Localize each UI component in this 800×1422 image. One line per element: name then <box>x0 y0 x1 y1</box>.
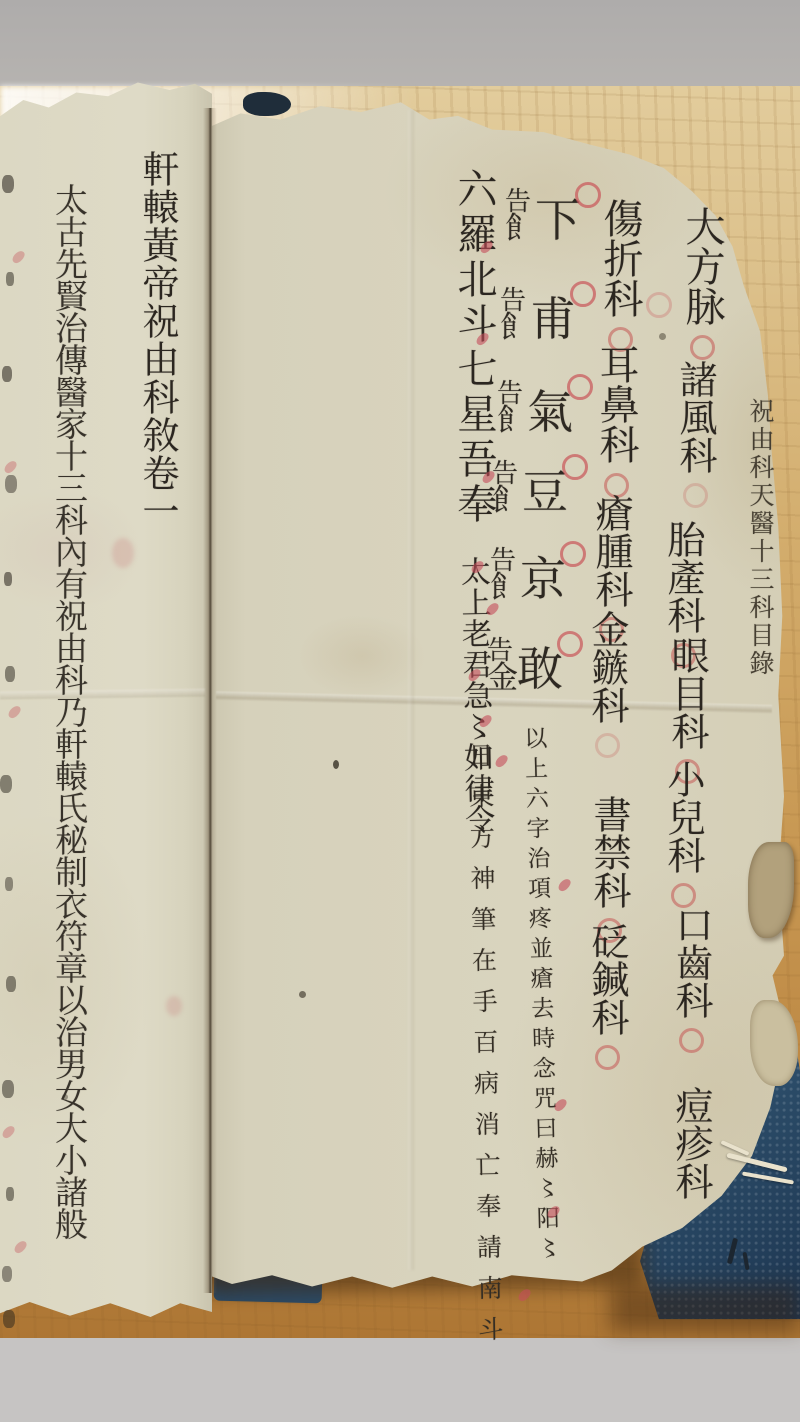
talisman-glyph: 告飠 氣 <box>497 376 573 442</box>
subject-label: 砭鍼科 <box>585 922 629 1036</box>
subject-label: 眼目科 <box>665 636 709 750</box>
subject-label: 瘡腫科 <box>589 494 633 608</box>
red-circle-mark <box>683 483 708 508</box>
red-circle-mark <box>560 541 586 567</box>
subject-label: 諸風科 <box>673 360 717 474</box>
ink-speck <box>299 991 306 998</box>
talisman-component: 飠 <box>490 574 521 603</box>
subject-item: 傷折科 <box>600 198 640 352</box>
manuscript-photo: 祝由科天醫十三科目錄 大方脉 諸風科 胎產科 眼目科 小兒科 口齒科 痘疹科 傷… <box>0 0 800 1422</box>
ink-speck <box>333 760 339 769</box>
subject-item: 大方脉 <box>682 206 722 360</box>
cover-cloth-top-spine <box>243 92 291 116</box>
red-circle-mark <box>557 631 583 657</box>
red-circle-mark <box>562 454 588 480</box>
page-shadow-corner <box>610 1285 800 1331</box>
talisman-glyph: 告飠 甫 <box>500 283 576 349</box>
volume-title: 軒轅黃帝祝由科敘卷一 <box>130 150 184 530</box>
red-circle-mark <box>690 335 715 360</box>
subject-item: 書禁科 <box>590 795 628 943</box>
section-title-vertical: 祝由科天醫十三科目錄 <box>742 398 778 678</box>
ink-speck <box>659 333 666 340</box>
red-circle-mark <box>595 733 620 758</box>
talisman-glyph: 告金 敢 <box>487 633 563 699</box>
book-gutter <box>203 108 217 1293</box>
talisman-glyph: 告飠 豆 <box>492 456 568 522</box>
subject-label: 金鏃科 <box>585 610 629 724</box>
subject-label: 書禁科 <box>587 795 631 909</box>
subject-label: 痘疹科 <box>669 1086 713 1200</box>
red-circle-mark <box>570 281 596 307</box>
left-edge-text-fragments <box>2 175 14 193</box>
subject-label: 口齒科 <box>669 905 713 1019</box>
subject-item: 諸風科 <box>676 360 714 508</box>
subject-label: 小兒科 <box>661 760 705 874</box>
subject-item: 金鏃科 <box>588 610 626 758</box>
talisman-component: 飠 <box>500 314 531 343</box>
subject-item: 砭鍼科 <box>588 922 626 1070</box>
talisman-glyph: 告飠 京 <box>490 543 566 609</box>
red-circle-mark <box>595 1045 620 1070</box>
subject-item: 痘疹科 <box>672 1086 710 1200</box>
subject-item: 口齒科 <box>672 905 710 1053</box>
talisman-component: 飠 <box>505 215 536 244</box>
background-band-bottom <box>0 1338 800 1422</box>
subject-item: 耳鼻科 <box>596 344 636 498</box>
red-smudge-mark <box>112 538 134 568</box>
subject-label: 胎產科 <box>661 520 705 634</box>
talisman-left-stack: 告飠 <box>500 289 531 343</box>
red-circle-mark <box>575 182 601 208</box>
subject-label: 大方脉 <box>679 206 725 326</box>
subject-label: 傷折科 <box>597 198 643 318</box>
red-circle-mark-faint <box>646 292 672 318</box>
talisman-glyph: 告飠 下 <box>505 184 581 250</box>
background-band-top <box>0 0 800 88</box>
incantation-line-2: 太上老君急〻如律令 <box>450 556 499 836</box>
talisman-left-stack: 告飠 <box>490 549 521 603</box>
red-smudge-mark <box>166 996 182 1016</box>
red-circle-mark <box>679 1028 704 1053</box>
red-circle-mark <box>567 374 593 400</box>
subject-item: 小兒科 <box>664 760 702 908</box>
talisman-left-stack: 告飠 <box>505 190 536 244</box>
preface-body: 太古先賢治傳醫家十三科內有祝由科乃軒轅氏秘制衣符章以治男女大小諸般 <box>46 183 93 1239</box>
subject-label: 耳鼻科 <box>593 344 639 464</box>
page-crease-vertical <box>408 110 414 1270</box>
